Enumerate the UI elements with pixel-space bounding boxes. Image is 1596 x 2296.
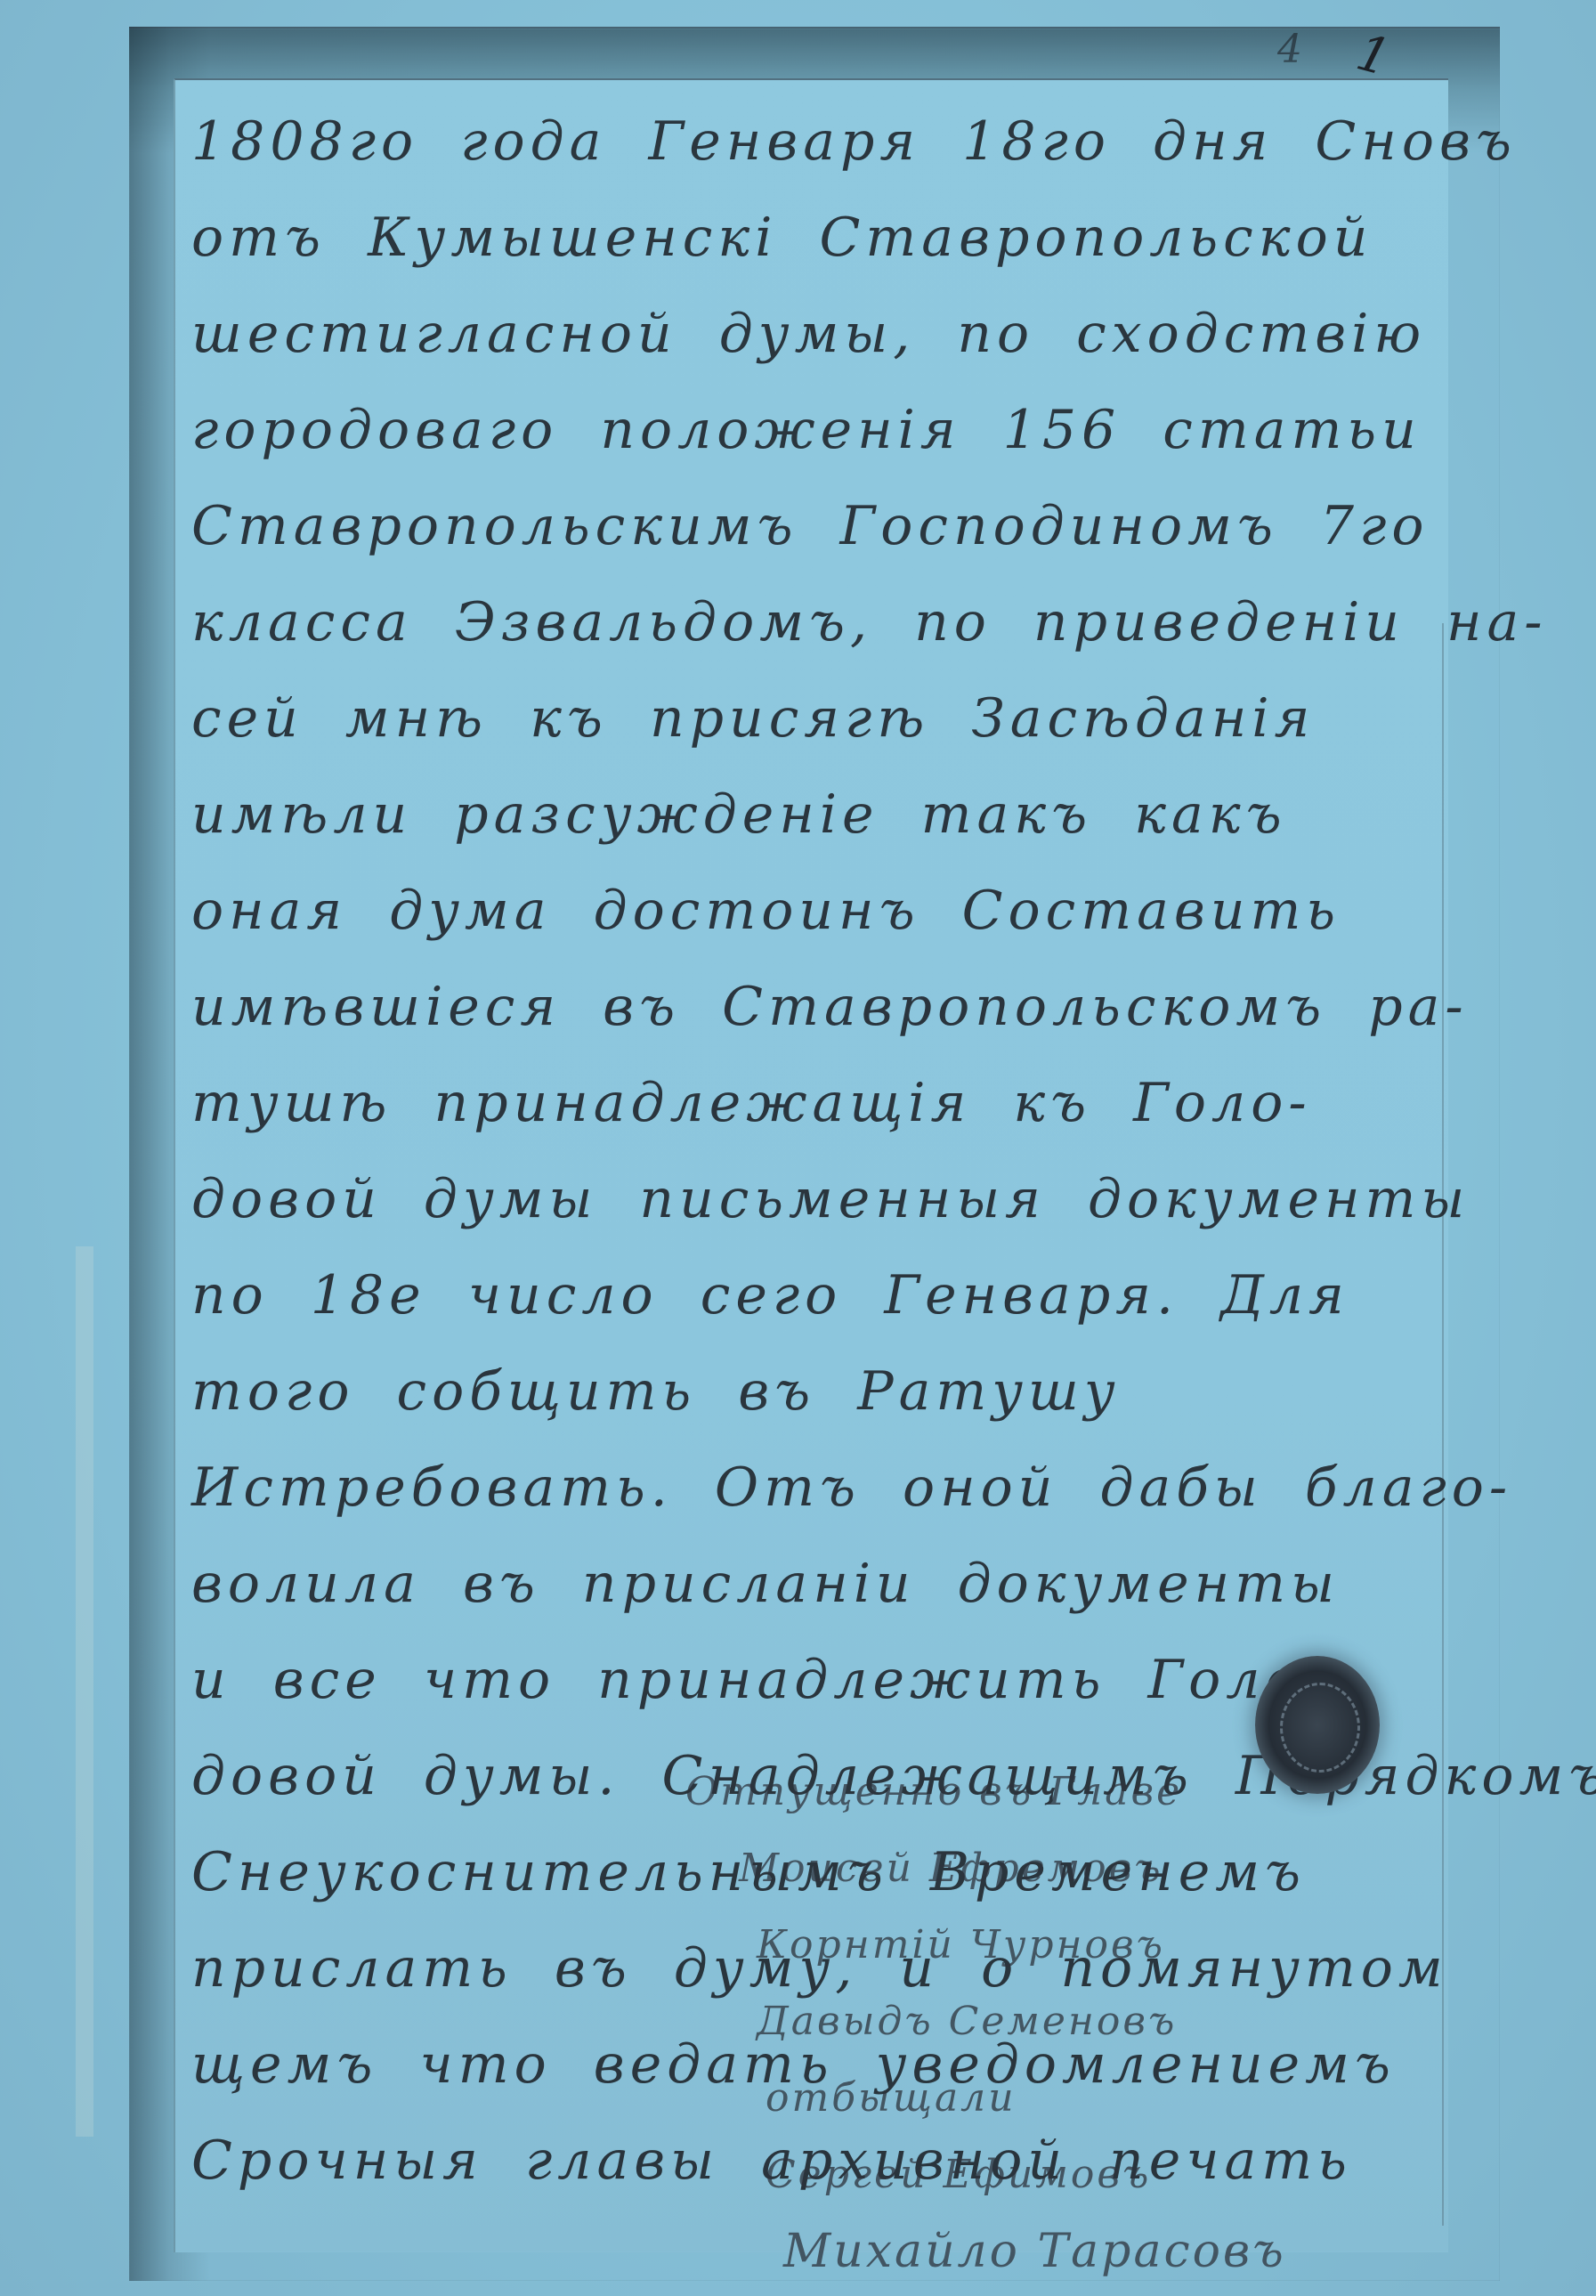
body-line: класса Эзвальдомъ, по приведеніи на- (191, 574, 1438, 670)
signature-line: отбыщали (766, 2060, 1487, 2137)
light-streak (76, 1246, 93, 2137)
folio-mark-secondary: 4 (1277, 27, 1302, 72)
signature-line: Сергей Ефимовъ (766, 2137, 1487, 2213)
body-line: отъ Кумышенскі Ставропольской (191, 190, 1438, 286)
body-line: городоваго положенія 156 статьи (191, 382, 1438, 478)
body-line: сей мнѣ къ присягѣ Засѣданія (191, 670, 1438, 767)
body-line: шестигласной думы, по сходствію (191, 286, 1438, 382)
body-line: 1808го года Генваря 18го дня Сновъ (191, 93, 1438, 190)
signature-line: Моисей Ефремовъ (739, 1830, 1487, 1907)
body-line: по 18е число сего Генваря. Для (191, 1247, 1438, 1343)
signature-block: Отпущенно въ Главе Моисей Ефремовъ Корнт… (685, 1754, 1487, 2290)
body-line: довой думы письменныя документы (191, 1151, 1438, 1247)
body-line: имѣвшіеся въ Ставропольскомъ ра- (191, 959, 1438, 1055)
body-line: Ставропольскимъ Господиномъ 7го (191, 478, 1438, 574)
body-line: Истребовать. Отъ оной дабы благо- (191, 1440, 1438, 1536)
body-line: того собщить въ Ратушу (191, 1343, 1438, 1440)
signature-line: Отпущенно въ Главе (685, 1754, 1487, 1830)
signature-line: Корнтій Чурновъ (757, 1907, 1487, 1984)
body-line: волила въ присланіи документы (191, 1536, 1438, 1632)
body-line: тушѣ принадлежащія къ Голо- (191, 1055, 1438, 1151)
signature-line: Давыдъ Семеновъ (757, 1984, 1487, 2060)
body-line: и все что принадлежить Голо- (191, 1632, 1438, 1728)
signature-line: Михайло Тарасовъ (783, 2213, 1487, 2290)
body-line: оная дума достоинъ Составить (191, 863, 1438, 959)
body-line: имѣли разсужденіе такъ какъ (191, 767, 1438, 863)
